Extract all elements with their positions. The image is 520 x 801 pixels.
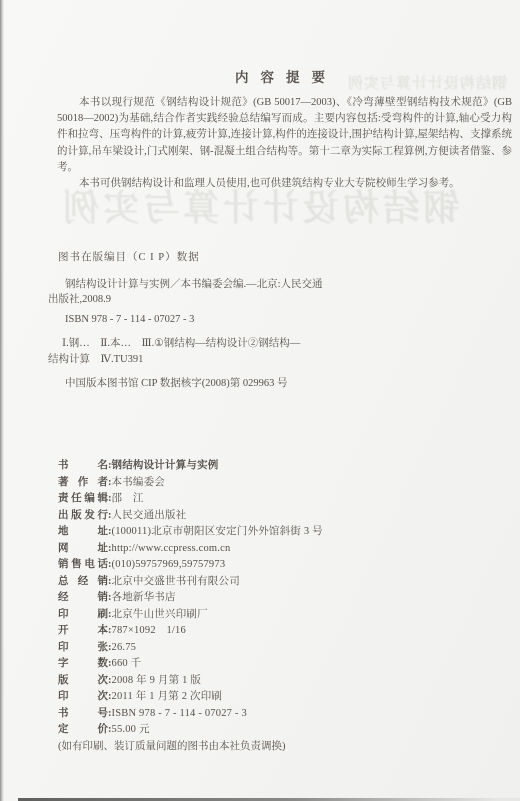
abstract-title: 内容提要: [48, 66, 512, 86]
colophon-value: 北京中交盛世书刊有限公司: [112, 576, 240, 587]
colophon-label: 地址: [58, 524, 108, 541]
colophon-label: 书名: [58, 458, 108, 475]
cip-entry: 钢结构设计计算与实例／本书编委会编.—北京:人民交通 出版社,2008.9: [48, 277, 488, 308]
colophon-row-book-title: 书名:钢结构设计计算与实例: [58, 458, 508, 475]
colophon-label: 印次: [58, 689, 108, 706]
colophon-value: 2008 年 9 月第 1 版: [112, 675, 202, 686]
colophon-row-publisher: 出版发行:人民交通出版社: [58, 508, 508, 525]
colophon-label: 印张: [58, 640, 108, 657]
colophon-value: 787×1092 1/16: [112, 625, 186, 636]
abstract-paragraph-2: 本书可供钢结构设计和监理人员使用,也可供建筑结构专业大专院校师生学习参考。: [57, 176, 512, 192]
colophon-row-author: 著作者:本书编委会: [58, 475, 508, 492]
colophon-label: 版次: [58, 673, 108, 690]
scanned-colophon-page: 钢结构设计计算与实例 钢结构设计计算与实例 内容提要 本书以现行规范《钢结构设计…: [0, 0, 520, 801]
colophon-label: 字数: [58, 656, 108, 673]
colophon-value: 26.75: [112, 642, 137, 653]
colophon-value: 钢结构设计计算与实例: [112, 460, 219, 471]
colophon-value: 2011 年 1 月第 2 次印刷: [112, 691, 223, 702]
abstract-section: 本书以现行规范《钢结构设计规范》(GB 50017—2003)、《冷弯薄壁型钢结…: [57, 95, 512, 192]
colophon-value: 邵 江: [112, 493, 144, 504]
colophon-row-isbn: 书号:ISBN 978 - 7 - 114 - 07027 - 3: [58, 706, 508, 723]
colophon-row-website: 网址:http://www.ccpress.com.cn: [58, 541, 508, 558]
colophon-label: 开本: [58, 623, 108, 640]
colophon-row-sales-phone: 销售电话:(010)59757969,59757973: [58, 557, 508, 574]
colophon-label: 责任编辑: [58, 491, 108, 508]
colophon-value: (010)59757969,59757973: [112, 559, 226, 570]
scan-edge-left: [0, 0, 4, 801]
colophon-label: 总经销: [58, 574, 108, 591]
abstract-paragraph-1: 本书以现行规范《钢结构设计规范》(GB 50017—2003)、《冷弯薄壁型钢结…: [57, 95, 512, 176]
cip-classification: Ⅰ.钢… Ⅱ.本… Ⅲ.①钢结构—结构设计②钢结构— 结构计算 Ⅳ.TU391: [48, 336, 488, 367]
colophon-value: http://www.ccpress.com.cn: [112, 543, 231, 554]
colophon-value: 各地新华书店: [112, 592, 176, 603]
colophon-row-word-count: 字数:660 千: [58, 656, 508, 673]
colophon-label: 经销: [58, 590, 108, 607]
colophon-row-sheets: 印张:26.75: [58, 640, 508, 657]
colophon-label: 出版发行: [58, 508, 108, 525]
cip-isbn: ISBN 978 - 7 - 114 - 07027 - 3: [65, 312, 488, 328]
colophon-row-edition: 版次:2008 年 9 月第 1 版: [58, 673, 508, 690]
colophon-value: (100011)北京市朝阳区安定门外外馆斜街 3 号: [112, 526, 323, 537]
colophon-label: 书号: [58, 706, 108, 723]
cip-heading: 图书在版编目（C I P）数据: [58, 250, 488, 266]
cip-record-number: 中国版本图书馆 CIP 数据核字(2008)第 029963 号: [65, 376, 488, 392]
colophon-row-editor: 责任编辑:邵 江: [58, 491, 508, 508]
colophon-exchange-note: (如有印刷、装订质量问题的图书由本社负责调换): [58, 739, 508, 756]
colophon-value: 660 千: [112, 658, 142, 669]
colophon-label: 销售电话: [58, 557, 108, 574]
colophon-label: 著作者: [58, 475, 108, 492]
colophon-row-price: 定价:55.00 元: [58, 722, 508, 739]
colophon-section: 书名:钢结构设计计算与实例 著作者:本书编委会 责任编辑:邵 江 出版发行:人民…: [58, 458, 508, 755]
colophon-row-printer: 印刷:北京牛山世兴印刷厂: [58, 607, 508, 624]
colophon-value: 55.00 元: [112, 724, 150, 735]
colophon-row-distributor: 经销:各地新华书店: [58, 590, 508, 607]
colophon-value: 人民交通出版社: [112, 510, 187, 521]
colophon-value: 本书编委会: [112, 477, 166, 488]
cip-section: 图书在版编目（C I P）数据 钢结构设计计算与实例／本书编委会编.—北京:人民…: [48, 250, 488, 392]
colophon-row-address: 地址:(100011)北京市朝阳区安定门外外馆斜街 3 号: [58, 524, 508, 541]
colophon-row-printing: 印次:2011 年 1 月第 2 次印刷: [58, 689, 508, 706]
colophon-label: 网址: [58, 541, 108, 558]
colophon-label: 印刷: [58, 607, 108, 624]
colophon-label: 定价: [58, 722, 108, 739]
colophon-value: 北京牛山世兴印刷厂: [112, 609, 208, 620]
colophon-row-format: 开本:787×1092 1/16: [58, 623, 508, 640]
colophon-value: ISBN 978 - 7 - 114 - 07027 - 3: [112, 708, 247, 719]
colophon-row-general-distributor: 总经销:北京中交盛世书刊有限公司: [58, 574, 508, 591]
